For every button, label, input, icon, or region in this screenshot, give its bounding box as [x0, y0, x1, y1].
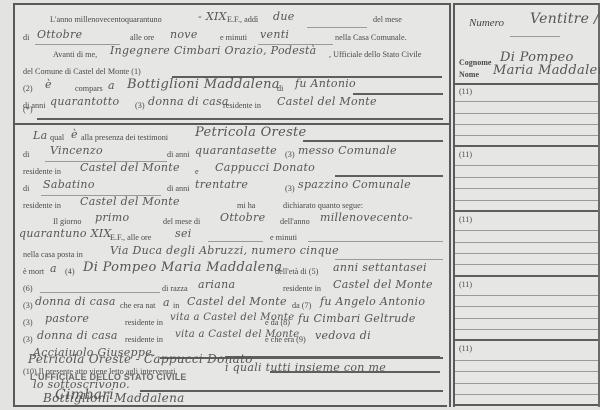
- verb-e: è: [71, 128, 78, 141]
- deceased-age: anni settantasei: [333, 261, 427, 274]
- printed-comune: del Comune di Castel del Monte (1): [23, 67, 141, 76]
- death-month: Ottobre: [220, 211, 265, 224]
- annotation-note: (11): [459, 215, 472, 224]
- printed-note-3: (3): [285, 184, 295, 193]
- witness-1-age: quarantasette: [195, 144, 277, 157]
- declarant-name: Bottiglioni Maddalena: [127, 77, 280, 92]
- annotation-note: (11): [459, 280, 472, 289]
- printed-dell-anno: dell'anno: [280, 217, 310, 226]
- printed-da-7: da (7): [292, 301, 311, 310]
- printed-note-3: (3): [23, 318, 33, 327]
- printed-testimoni: alla presenza dei testimoni: [81, 133, 168, 142]
- civil-record-page: L'anno millenovecentoquarantuno - XIX E.…: [0, 0, 600, 410]
- annotation-note: (11): [459, 87, 472, 96]
- minutes-value: venti: [260, 28, 289, 41]
- death-hour: sei: [175, 227, 192, 240]
- printed-year-text: L'anno millenovecentoquarantuno: [50, 15, 162, 24]
- printed-di: di: [23, 184, 29, 193]
- printed-del-mese: del mese: [373, 15, 402, 24]
- printed-e-da-8: e da (8): [265, 318, 290, 327]
- given-name-value: Maria Maddalena: [493, 63, 600, 78]
- day-value: due: [273, 10, 295, 23]
- index-margin: Numero Ventitre / 23 Cognome Di Pompeo N…: [453, 3, 600, 407]
- deceased-race: ariana: [198, 278, 235, 291]
- marital-status: vedova di: [315, 329, 371, 342]
- verb-value: è: [45, 78, 52, 91]
- death-year-part-2: quarantuno XIX: [19, 227, 112, 240]
- printed-residente-in: residente in: [283, 284, 321, 293]
- printed-del-mese-di: del mese di: [163, 217, 200, 226]
- witness-1-name: Petricola Oreste: [195, 125, 307, 140]
- numero-label: Numero: [469, 17, 504, 29]
- officer-stamp: L'UFFICIALE DELLO STATO CIVILE: [30, 372, 187, 382]
- printed-avanti-di-me: Avanti di me,: [53, 50, 97, 59]
- witness-2-age: trentatre: [195, 178, 248, 191]
- declarant-father: fu Antonio: [295, 77, 356, 90]
- officer-signature: Cimbari: [55, 387, 114, 403]
- declarant-residence: Castel del Monte: [277, 95, 377, 108]
- printed-note-3: (3): [285, 150, 295, 159]
- printed-casa-posta: nella casa posta in: [23, 250, 83, 259]
- nome-label: Nome: [459, 70, 479, 79]
- printed-note-3: (3): [23, 301, 33, 310]
- printed-di: di: [23, 33, 29, 42]
- gender-suffix: a: [108, 79, 115, 92]
- printed-di: di: [277, 84, 283, 93]
- mother-name: fu Cimbari Geltrude: [298, 312, 416, 325]
- death-day: primo: [95, 211, 129, 224]
- witness-intro: La: [33, 129, 47, 142]
- cognome-label: Cognome: [459, 58, 491, 67]
- printed-ef-adi: E.F., addì: [227, 15, 258, 24]
- printed-in: in: [173, 301, 179, 310]
- death-address: Via Duca degli Abruzzi, numero cinque: [110, 244, 339, 257]
- hour-value: nove: [170, 28, 198, 41]
- printed-e-minuti: e minuti: [270, 233, 297, 242]
- witness-2-residence: Castel del Monte: [80, 195, 180, 208]
- death-year-part-1: millenovecento-: [320, 211, 413, 224]
- month-value: Ottobre: [37, 28, 82, 41]
- printed-eta: dell'età di (5): [275, 267, 318, 276]
- printed-e-mort: è mort: [23, 267, 44, 276]
- printed-residente-in: residente in: [23, 167, 61, 176]
- printed-che-era-9: e che era (9): [265, 335, 306, 344]
- deceased-name: Di Pompeo Maria Maddalena: [83, 260, 282, 275]
- printed-residente-in: residente in: [223, 101, 261, 110]
- mother-occupation: donna di casa: [37, 329, 118, 342]
- printed-ef-alle-ore: E.F., alle ore: [110, 233, 151, 242]
- annotation-note: (11): [459, 150, 472, 159]
- father-name: fu Angelo Antonio: [320, 295, 425, 308]
- printed-di-anni: di anni: [167, 184, 190, 193]
- printed-il-giorno: Il giorno: [53, 217, 81, 226]
- printed-di-razza: di razza: [162, 284, 188, 293]
- printed-di-anni: di anni: [167, 150, 190, 159]
- printed-casa-comunale: nella Casa Comunale.: [335, 33, 407, 42]
- deceased-birthplace: Castel del Monte: [187, 295, 287, 308]
- witness-1-father: Vincenzo: [50, 144, 103, 157]
- gender-suffix: a: [50, 262, 57, 275]
- printed-mi-ha: mi ha: [237, 201, 255, 210]
- witness-2-father: Sabatino: [43, 178, 95, 191]
- printed-compars: compars: [75, 84, 103, 93]
- father-occupation: pastore: [45, 312, 89, 325]
- printed-residente-in: residente in: [23, 201, 61, 210]
- fascist-era-year: - XIX: [198, 10, 227, 23]
- witness-2-occupation: spazzino Comunale: [298, 178, 411, 191]
- printed-residente-in: residente in: [125, 318, 163, 327]
- officer-name: Ingegnere Cimbari Orazio, Podestà: [110, 44, 317, 57]
- printed-note-6: (6): [23, 284, 33, 293]
- deceased-residence: Castel del Monte: [333, 278, 433, 291]
- printed-di: di: [23, 150, 29, 159]
- printed-note-4: (4): [65, 267, 75, 276]
- printed-ufficiale: , Ufficiale dello Stato Civile: [329, 50, 421, 59]
- printed-e: e: [195, 167, 199, 176]
- printed-note-3: (3): [135, 101, 145, 110]
- deceased-occupation: donna di casa: [35, 295, 116, 308]
- printed-che-era-nat: che era nat: [120, 301, 155, 310]
- printed-asterisk: (*): [23, 105, 33, 114]
- witness-1-residence: Castel del Monte: [80, 161, 180, 174]
- witnesses-signature: Petricola Oreste - Cappucci Donato: [28, 352, 253, 366]
- witness-2-name: Cappucci Donato: [215, 161, 315, 174]
- printed-qual: qual: [50, 133, 64, 142]
- printed-residente-in: residente in: [125, 335, 163, 344]
- annotation-note: (11): [459, 344, 472, 353]
- printed-note-3: (3): [23, 335, 33, 344]
- record-number: Ventitre / 23: [530, 11, 600, 27]
- gender-suffix: a: [163, 296, 170, 309]
- witness-1-occupation: messo Comunale: [298, 144, 397, 157]
- printed-alle-ore: alle ore: [130, 33, 154, 42]
- declarant-age: quarantotto: [50, 95, 119, 108]
- printed-e-minuti: e minuti: [220, 33, 247, 42]
- declarant-occupation: donna di casa: [148, 95, 229, 108]
- printed-dichiarato: dichiarato quanto segue:: [283, 201, 363, 210]
- printed-note-2: (2): [23, 84, 33, 93]
- death-act-body: L'anno millenovecentoquarantuno - XIX E.…: [13, 3, 451, 407]
